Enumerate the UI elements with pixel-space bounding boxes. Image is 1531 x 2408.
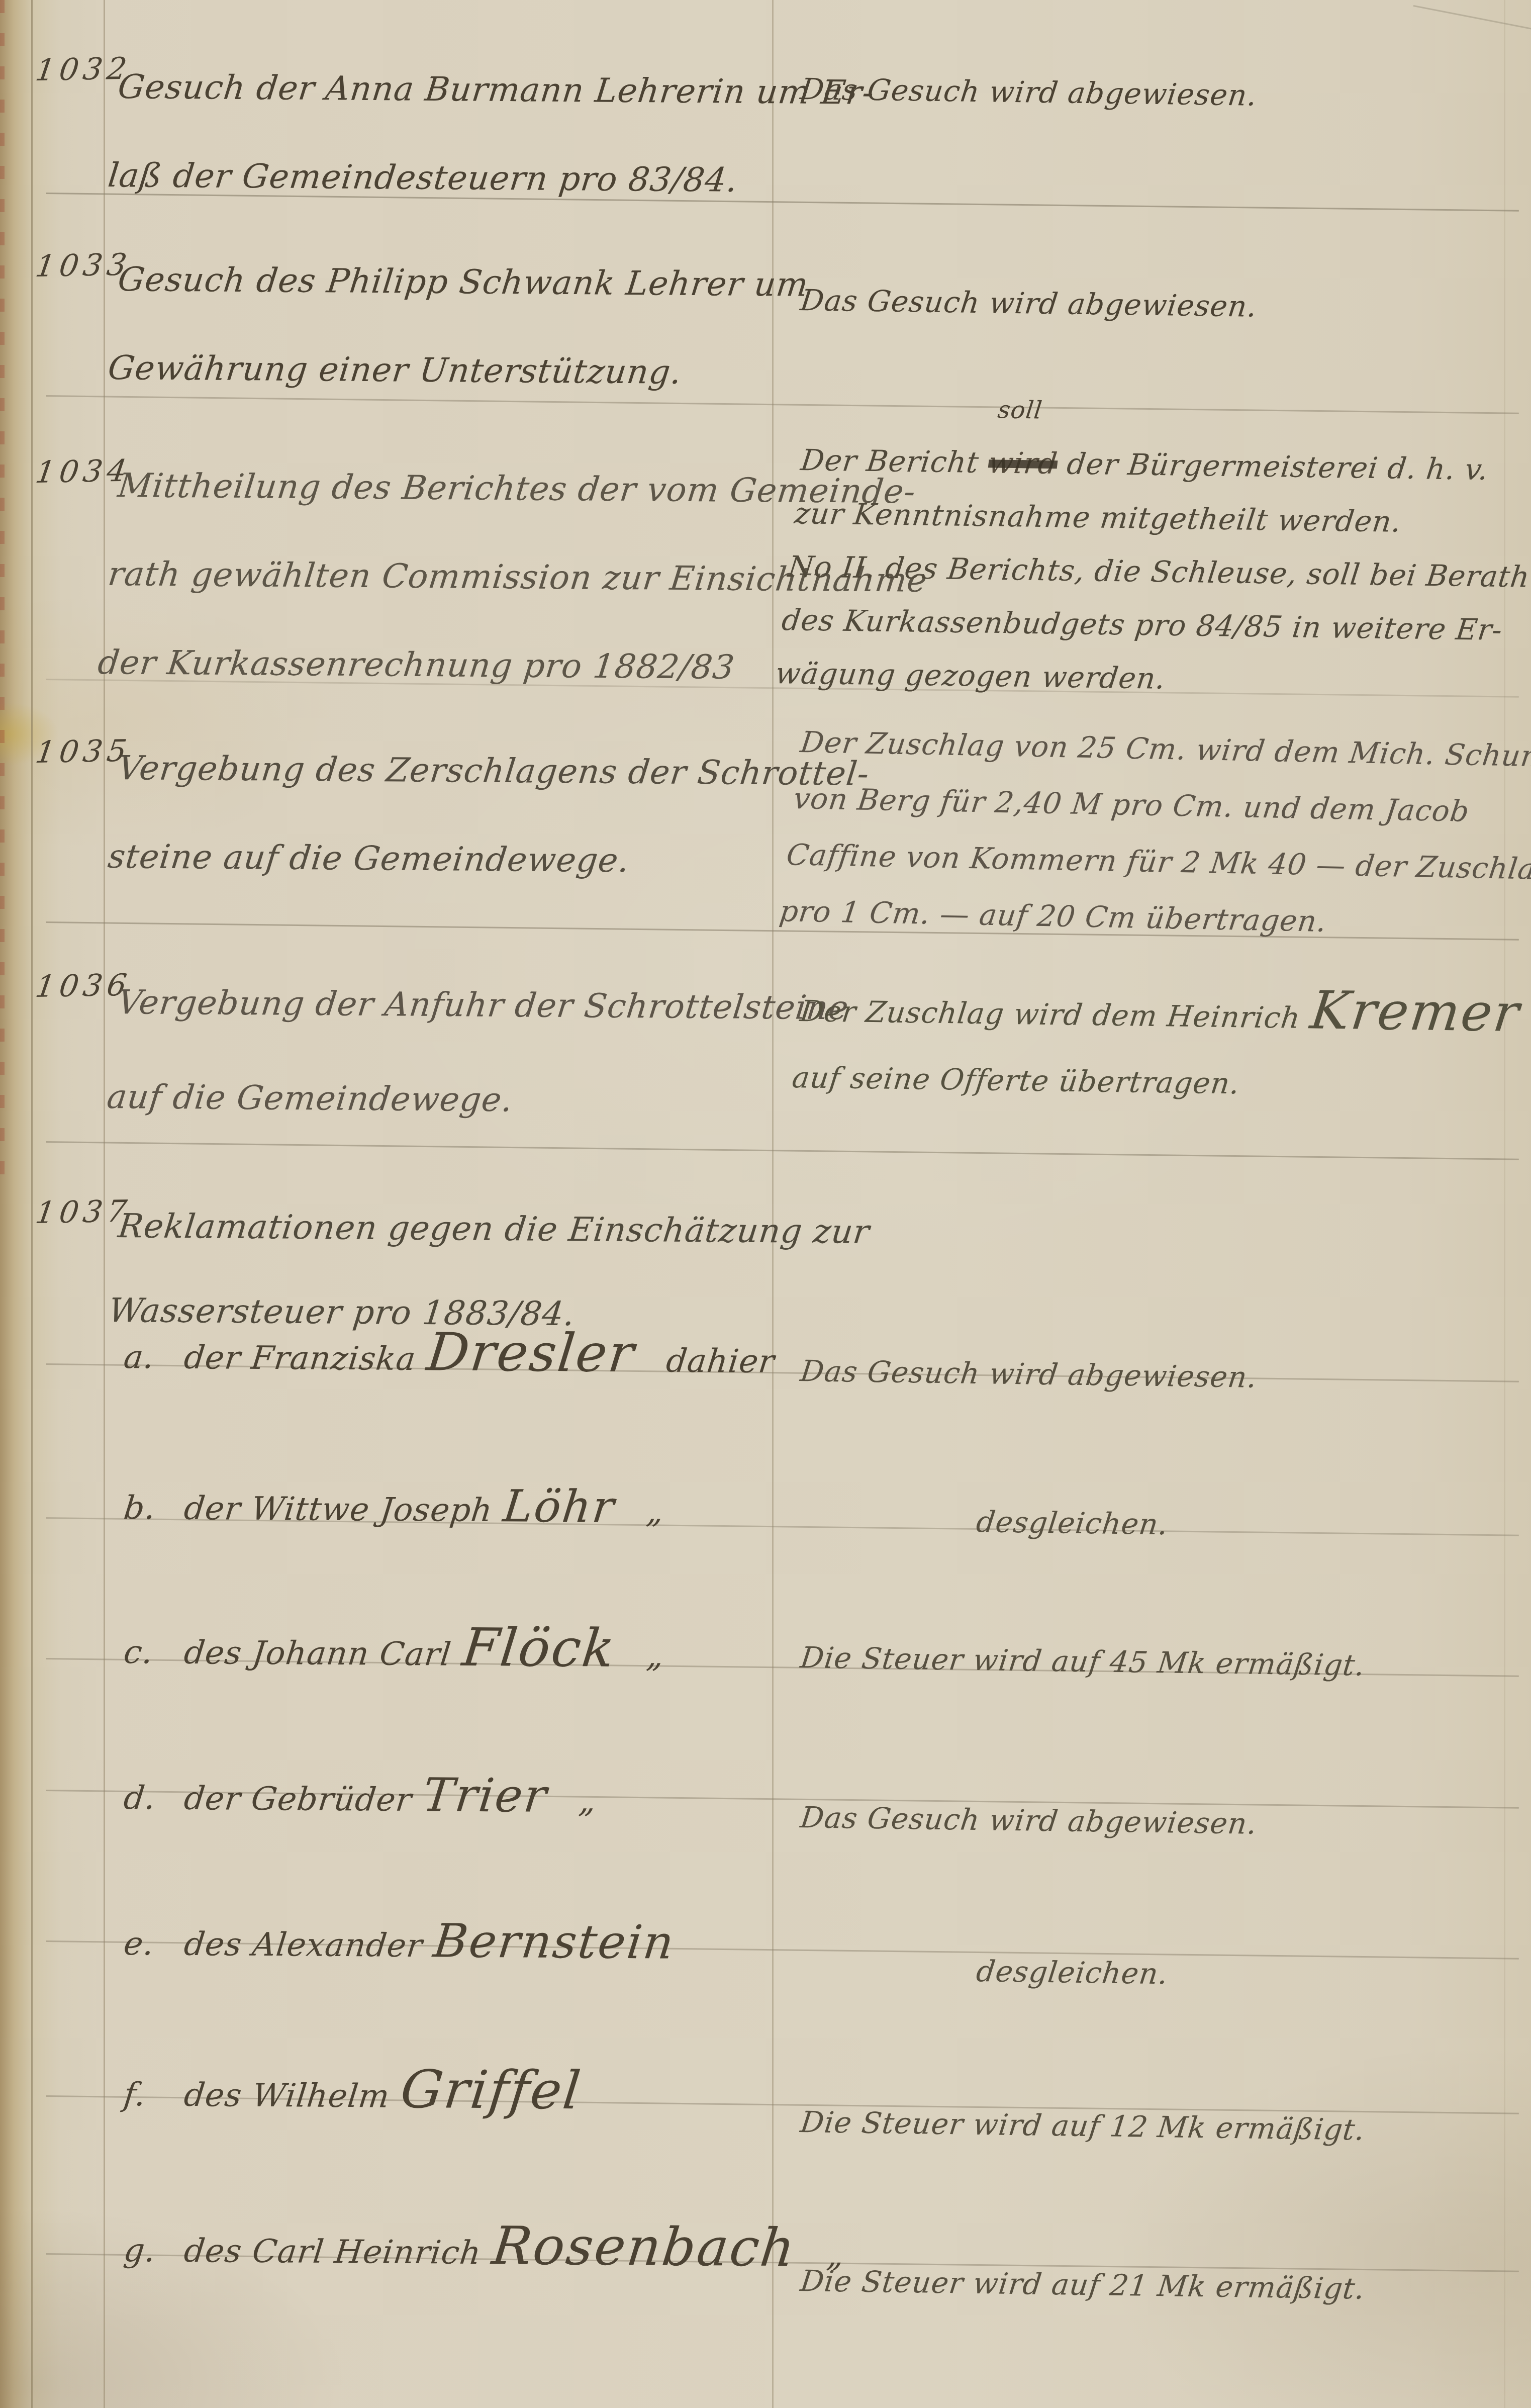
subitem-label: e. [120,1906,188,1982]
subject-line: steine auf die Gemeindewege. [103,812,766,906]
subitem-claimant: c.des Johann Carl Flöck„ [120,1615,668,1694]
subitem-decision: Das Gesuch wird abgewiesen. [797,1788,1261,1854]
scanned-protocol-page: 1032 Gesuch der Anna Burmann Lehrerin um… [0,0,1531,2408]
decision-line: Das Gesuch wird abgewiesen. [797,270,1261,336]
claimant-name: Rosenbach [489,2215,799,2278]
subject-line: Reklamationen gegen die Einschätzung zur [114,1184,776,1273]
entry-subject: Mittheilung des Berichtes der vom Gemein… [93,441,776,712]
subitem-claimant: d.der Gebrüder Trier„ [120,1761,601,1839]
page-edge-line [31,0,33,2408]
claimant-text: des Carl Heinrich [182,2233,494,2272]
claimant-suffix: „ [577,1783,598,1820]
decision-line: desgleichen. [973,1492,1172,1554]
claimant-suffix [611,2080,615,2117]
subitem-decision: Die Steuer wird auf 21 Mk ermäßigt. [797,2251,1369,2319]
subitem-decision: Die Steuer wird auf 12 Mk ermäßigt. [797,2092,1369,2160]
entry-subject: Vergebung des Zerschlagens der Schrottel… [103,724,776,906]
claimant-name: Dresler [424,1321,638,1384]
decision-text: der Bürgermeisterei d. h. v. [1056,446,1491,487]
entry-number: 1036 [33,968,109,1004]
subitem-label: a. [120,1320,188,1396]
subitem-decision: desgleichen. [973,1941,1172,2003]
decision-line: Die Steuer wird auf 12 Mk ermäßigt. [797,2092,1369,2160]
entry-number: 1032 [33,52,109,88]
corner-rule-fragment [1413,5,1531,30]
subitem-claimant: g.des Carl Heinrich Rosenbach„ [120,2213,848,2293]
entry-number: 1033 [33,248,109,284]
binding-stitch-marks [0,0,5,1181]
claimant-text: des Wilhelm [182,2077,402,2115]
entry-number: 1037 [33,1194,109,1231]
subitem-label: f. [120,2057,188,2133]
right-margin-rule [1504,0,1505,2408]
entry-decision: Der Zuschlag von 25 Cm. wird dem Mich. S… [776,714,1531,955]
claimant-name: Griffel [398,2059,585,2121]
entry-decision: Das Gesuch wird abgewiesen. [797,270,1261,336]
subitem-claimant: a.der Franziska Dreslerdahier [120,1320,779,1400]
subject-line: Vergebung der Anfuhr der Schrottelsteine [113,955,776,1055]
subject-line: auf die Gemeindewege. [102,1050,765,1149]
entry-number: 1035 [33,734,109,770]
decision-text: Der Bericht [799,443,991,480]
subject-line: Mittheilung des Berichtes der vom Gemein… [113,441,776,535]
entry-subject: Gesuch des Philipp Schwank Lehrer um Gew… [103,235,776,417]
subject-line: der Kurkassenrechnung pro 1882/83 [93,618,756,712]
claimant-name: Trier [420,1768,551,1823]
claimant-text: der Gebrüder [182,1780,424,1819]
entry-subject: Gesuch der Anna Burmann Lehrerin um Er- … [103,43,776,225]
subject-line: rath gewählten Commission zur Einsichtna… [103,530,766,623]
corrected-word: sollwird [986,436,1061,490]
subject-line: Gesuch des Philipp Schwank Lehrer um [113,235,776,329]
entry-number: 1034 [33,454,109,490]
entry-decision: Der Zuschlag wird dem Heinrich Kremer au… [789,978,1523,1121]
subitem-label: c. [120,1615,188,1691]
subitem-claimant: b.der Wittwe Joseph Löhr„ [120,1470,668,1550]
claimant-text: der Franziska [182,1339,428,1378]
subject-line: Gewährung einer Unterstützung. [103,324,766,417]
claimant-name: Flöck [459,1617,619,1679]
decision-line: desgleichen. [973,1941,1172,2003]
claimant-name: Bernstein [431,1914,678,1969]
subject-line: Gesuch der Anna Burmann Lehrerin um Er- [113,43,776,136]
subitem-label: g. [120,2213,188,2289]
subject-line: Vergebung des Zerschlagens der Schrottel… [113,724,776,817]
subitem-label: b. [120,1470,188,1546]
claimant-text: des Johann Carl [182,1634,464,1674]
subitem-decision: Das Gesuch wird abgewiesen. [797,1341,1261,1407]
decision-line: Das Gesuch wird abgewiesen. [797,1788,1261,1854]
subitem-decision: Die Steuer wird auf 45 Mk ermäßigt. [797,1628,1369,1695]
subject-line: laß der Gemeindesteuern pro 83/84. [103,131,766,225]
decision-line: Der Zuschlag wird dem Heinrich Kremer [796,978,1523,1054]
claimant-suffix: dahier [664,1343,777,1381]
decision-line: Das Gesuch wird abgewiesen. [797,59,1261,125]
subitem-claimant: f.des Wilhelm Griffel [120,2057,617,2136]
entry-decision: Das Gesuch wird abgewiesen. [797,59,1261,125]
entry-decision: Der Bericht sollwird der Bürgermeisterei… [773,433,1531,711]
claimant-text: des Alexander [182,1926,435,1965]
claimant-name: Löhr [501,1480,618,1533]
decision-line: wägung gezogen werden. [773,646,1531,711]
decision-text: Der Zuschlag wird dem Heinrich [798,994,1312,1035]
subitem-decision: desgleichen. [973,1492,1172,1554]
inserted-word: soll [997,398,1044,422]
decision-line: Das Gesuch wird abgewiesen. [797,1341,1261,1407]
decision-line: Die Steuer wird auf 21 Mk ermäßigt. [797,2251,1369,2319]
entry-subject: Vergebung der Anfuhr der Schrottelsteine… [102,955,776,1149]
awardee-name: Kremer [1307,979,1524,1044]
subitem-label: d. [120,1761,188,1836]
claimant-text: der Wittwe Joseph [182,1490,505,1529]
decision-line: Die Steuer wird auf 45 Mk ermäßigt. [797,1628,1369,1695]
decision-line: auf seine Offerte übertragen. [789,1044,1515,1121]
claimant-suffix: „ [645,1637,666,1675]
subitem-claimant: e.des Alexander Bernstein [120,1906,710,1986]
struck-word: wird [987,445,1060,481]
